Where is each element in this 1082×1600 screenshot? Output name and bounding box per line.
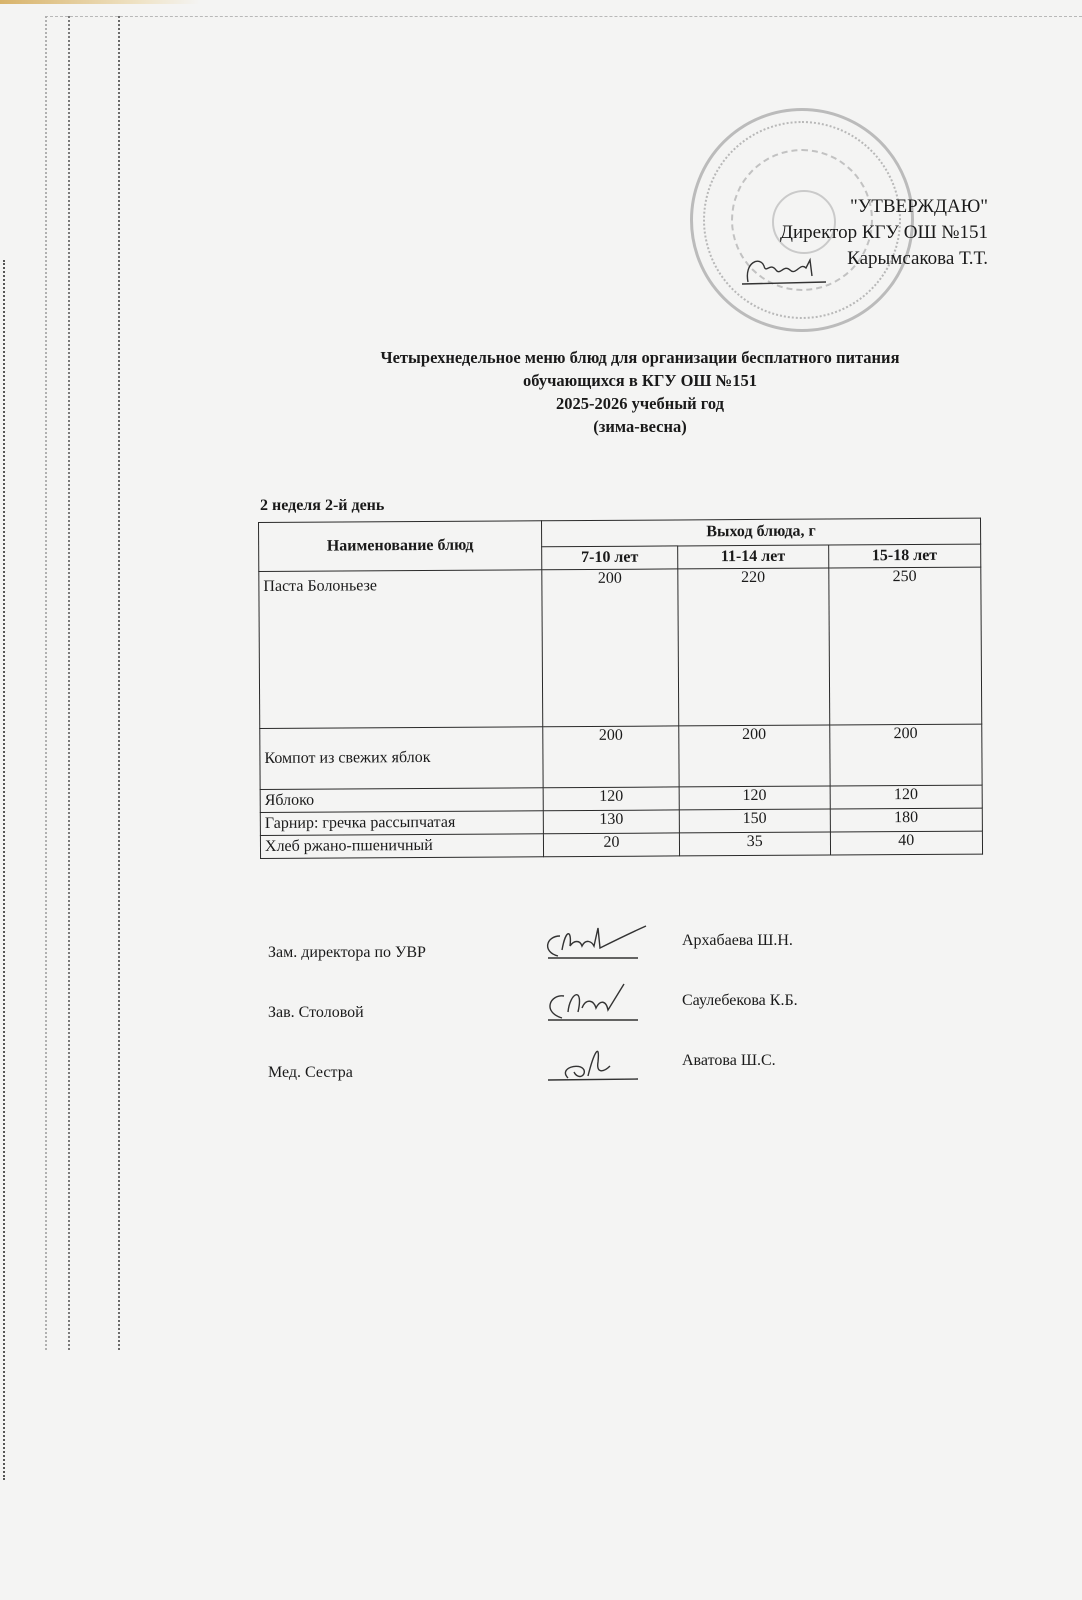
signer-name: Аватова Ш.С.	[682, 1052, 776, 1070]
portion-value: 35	[679, 832, 830, 856]
header-age-15-18: 15-18 лет	[828, 544, 981, 568]
table-row: Компот из свежих яблок 200 200 200	[260, 724, 982, 789]
dish-name: Паста Болоньезе	[259, 570, 543, 729]
title-line-1: Четырехнедельное меню блюд для организац…	[250, 346, 1030, 369]
signer-name: Архабаева Ш.Н.	[682, 932, 793, 950]
scan-artifact	[68, 16, 70, 1350]
signer-row: Мед. Сестра Аватова Ш.С.	[268, 1052, 828, 1092]
portion-value: 220	[678, 568, 830, 726]
signer-name: Саулебекова К.Б.	[682, 992, 798, 1010]
signer-role: Зав. Столовой	[268, 1004, 364, 1022]
portion-value: 200	[542, 569, 679, 727]
approval-heading: "УТВЕРЖДАЮ"	[780, 194, 988, 220]
signer-role: Зам. директора по УВР	[268, 944, 426, 962]
dish-name: Компот из свежих яблок	[260, 727, 543, 790]
portion-value: 120	[543, 787, 679, 811]
portion-value: 120	[830, 785, 983, 809]
portion-value: 250	[828, 567, 981, 725]
page-edge	[0, 0, 200, 4]
signer-row: Зам. директора по УВР Архабаева Ш.Н.	[268, 932, 828, 972]
title-line-3: 2025-2026 учебный год	[250, 392, 1030, 415]
director-signature-icon	[740, 252, 830, 288]
portion-value: 200	[829, 724, 982, 786]
day-label: 2 неделя 2-й день	[260, 497, 384, 515]
document-title: Четырехнедельное меню блюд для организац…	[250, 346, 1030, 438]
header-dish-name: Наименование блюд	[259, 521, 542, 572]
portion-value: 200	[543, 726, 679, 788]
portion-value: 120	[679, 786, 830, 810]
scan-artifact	[45, 16, 1082, 17]
dish-name: Хлеб ржано-пшеничный	[260, 834, 543, 859]
portion-value: 200	[679, 725, 830, 787]
portion-value: 130	[543, 810, 679, 834]
portion-value: 40	[830, 831, 983, 855]
scan-artifact	[3, 260, 5, 1480]
table-row: Паста Болоньезе 200 220 250	[259, 567, 982, 728]
menu-table: Наименование блюд Выход блюда, г 7-10 ле…	[258, 518, 983, 859]
signature-icon	[528, 1042, 648, 1084]
signature-icon	[528, 982, 648, 1024]
title-line-4: (зима-весна)	[250, 415, 1030, 438]
header-age-7-10: 7-10 лет	[542, 545, 678, 569]
table-row: Хлеб ржано-пшеничный 20 35 40	[260, 831, 982, 858]
portion-value: 150	[679, 809, 830, 833]
scan-artifact	[45, 16, 47, 1350]
signer-row: Зав. Столовой Саулебекова К.Б.	[268, 992, 828, 1032]
approval-position: Директор КГУ ОШ №151	[780, 220, 988, 246]
title-line-2: обучающихся в КГУ ОШ №151	[250, 369, 1030, 392]
scan-artifact	[118, 16, 120, 1350]
dish-name: Гарнир: гречка рассыпчатая	[260, 811, 543, 836]
signatures-block: Зам. директора по УВР Архабаева Ш.Н. Зав…	[268, 932, 828, 1092]
portion-value: 20	[543, 833, 679, 857]
portion-value: 180	[830, 808, 983, 832]
header-age-11-14: 11-14 лет	[678, 545, 829, 569]
header-portion-output: Выход блюда, г	[541, 518, 980, 546]
signer-role: Мед. Сестра	[268, 1064, 353, 1082]
dish-name: Яблоко	[260, 788, 543, 813]
signature-icon	[528, 922, 648, 964]
